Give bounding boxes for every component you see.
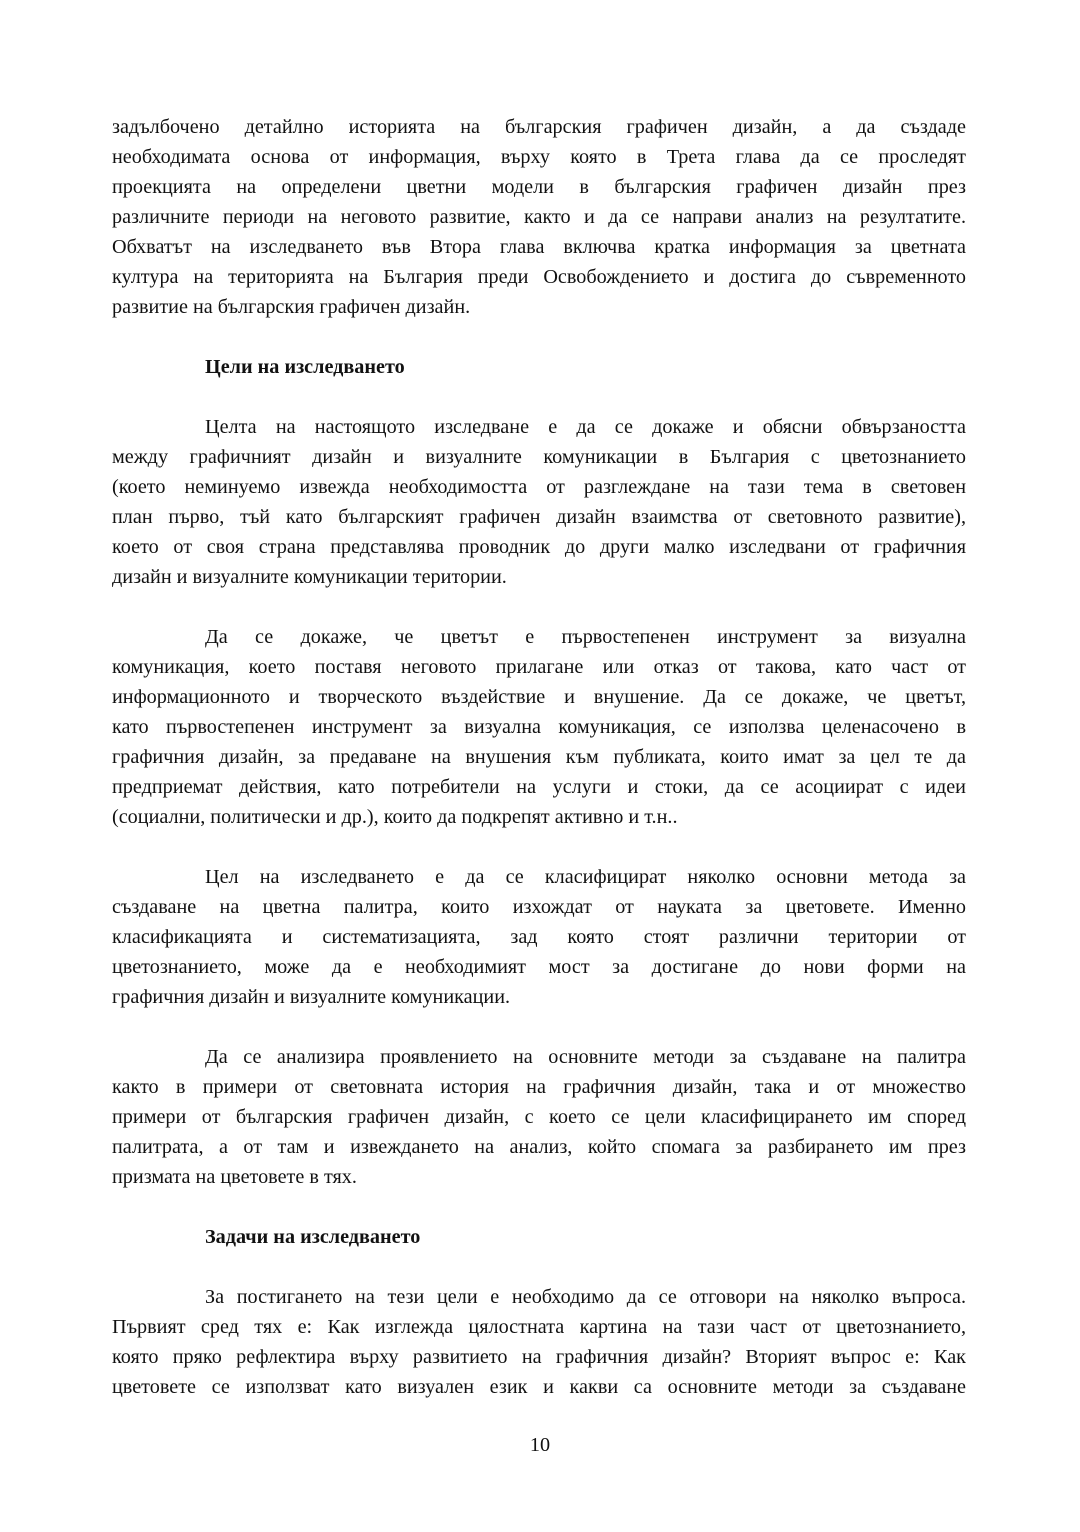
text-line: примери от българския графичен дизайн, с…	[112, 1102, 966, 1132]
text-line: класификацията и систематизацията, зад к…	[112, 922, 966, 952]
text-line: призмата на цветовете в тях.	[112, 1162, 966, 1192]
text-line: план първо, тъй като българският графиче…	[112, 502, 966, 532]
paragraph: Целта на настоящото изследване е да се д…	[112, 412, 966, 592]
text-line: (което неминуемо извежда необходимостта …	[112, 472, 966, 502]
text-line: различните периоди на неговото развитие,…	[112, 202, 966, 232]
text-line: За постигането на тези цели е необходимо…	[112, 1282, 966, 1312]
text-line: задълбочено детайлно историята на българ…	[112, 112, 966, 142]
text-line: графичния дизайн, за предаване на внушен…	[112, 742, 966, 772]
text-line: информационното и творческото въздействи…	[112, 682, 966, 712]
heading-gap	[112, 1252, 966, 1282]
paragraph-gap	[112, 1012, 966, 1042]
text-line: което от своя страна представлява провод…	[112, 532, 966, 562]
text-line: Да се анализира проявлението на основнит…	[112, 1042, 966, 1072]
text-line: комуникация, което поставя неговото прил…	[112, 652, 966, 682]
text-line: проекцията на определени цветни модели в…	[112, 172, 966, 202]
paragraph: За постигането на тези цели е необходимо…	[112, 1282, 966, 1402]
paragraph: Да се анализира проявлението на основнит…	[112, 1042, 966, 1192]
text-line: култура на територията на България преди…	[112, 262, 966, 292]
text-line: предприемат действия, като потребители н…	[112, 772, 966, 802]
text-line: графичния дизайн и визуалните комуникаци…	[112, 982, 966, 1012]
paragraph-gap	[112, 1192, 966, 1222]
paragraph-gap	[112, 832, 966, 862]
document-page: задълбочено детайлно историята на българ…	[112, 112, 966, 1402]
text-line: създаване на цветна палитра, които изхож…	[112, 892, 966, 922]
text-line: Първият сред тях е: Как изглежда цялостн…	[112, 1312, 966, 1342]
text-line: Обхватът на изследването във Втора глава…	[112, 232, 966, 262]
section-heading: Цели на изследването	[112, 352, 966, 382]
text-line: палитрата, а от там и извеждането на ана…	[112, 1132, 966, 1162]
paragraph: Цел на изследването е да се класифицират…	[112, 862, 966, 1012]
paragraph-gap	[112, 592, 966, 622]
paragraph: задълбочено детайлно историята на българ…	[112, 112, 966, 322]
text-line: Да се докаже, че цветът е първостепенен …	[112, 622, 966, 652]
text-line: между графичният дизайн и визуалните ком…	[112, 442, 966, 472]
text-line: развитие на българския графичен дизайн.	[112, 292, 966, 322]
paragraph: Да се докаже, че цветът е първостепенен …	[112, 622, 966, 832]
text-line: дизайн и визуалните комуникации територи…	[112, 562, 966, 592]
section-heading: Задачи на изследването	[112, 1222, 966, 1252]
heading-gap	[112, 382, 966, 412]
text-line: която пряко рефлектира върху развитието …	[112, 1342, 966, 1372]
text-line: цветознанието, може да е необходимият мо…	[112, 952, 966, 982]
text-line: (социални, политически и др.), които да …	[112, 802, 966, 832]
text-line: както в примери от световната история на…	[112, 1072, 966, 1102]
page-number: 10	[0, 1434, 1080, 1457]
text-line: Целта на настоящото изследване е да се д…	[112, 412, 966, 442]
text-line: цветовете се използват като визуален ези…	[112, 1372, 966, 1402]
text-line: Цел на изследването е да се класифицират…	[112, 862, 966, 892]
text-line: като първостепенен инструмент за визуалн…	[112, 712, 966, 742]
text-line: необходимата основа от информация, върху…	[112, 142, 966, 172]
paragraph-gap	[112, 322, 966, 352]
